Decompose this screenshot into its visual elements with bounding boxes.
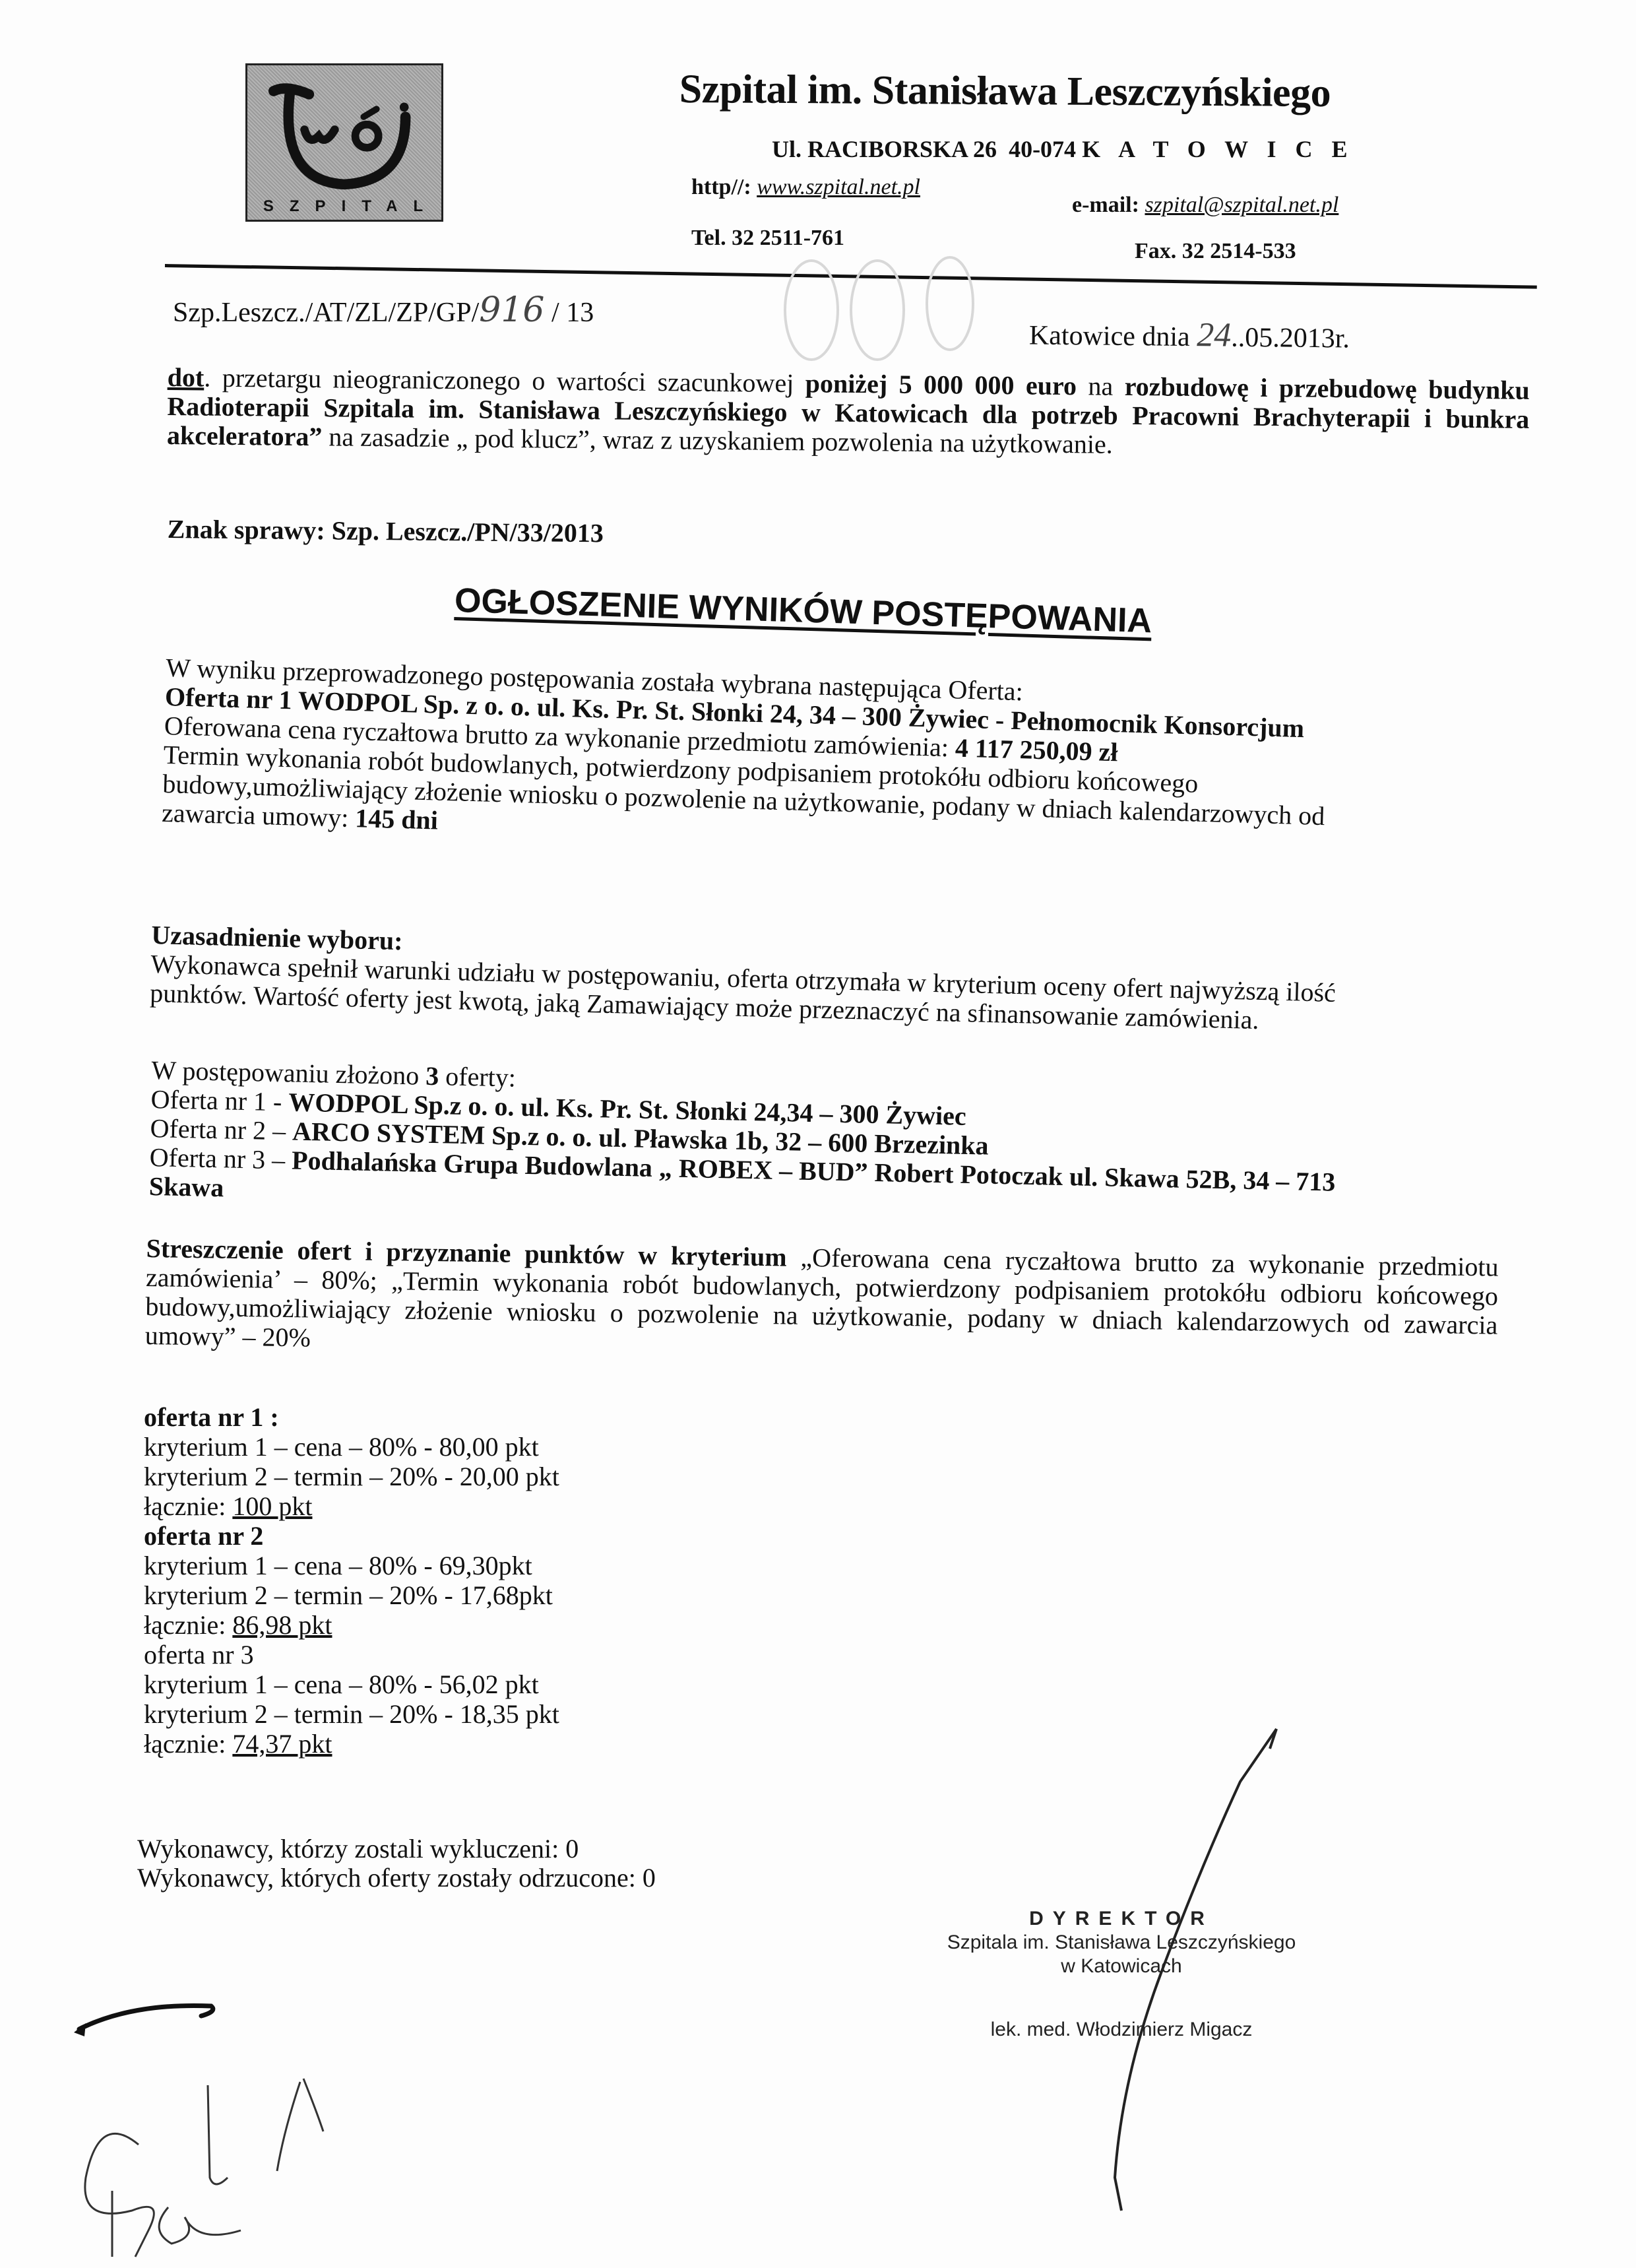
rejected-label: Wykonawcy, których oferty zostały odrzuc… xyxy=(137,1863,643,1893)
excluded-count: 0 xyxy=(565,1834,579,1863)
stamp-line-2: w Katowicach xyxy=(930,1955,1313,1978)
total-value: 86,98 pkt xyxy=(232,1610,332,1640)
score-criterion: kryterium 2 – termin – 20% - 17,68pkt xyxy=(144,1580,559,1610)
case-number: Znak sprawy: Szp. Leszcz./PN/33/2013 xyxy=(168,513,604,548)
hospital-name: Szpital im. Stanisława Leszczyńskiego xyxy=(679,66,1331,117)
reference-number: Szp.Leszcz./AT/ZL/ZP/GP/916 / 13 xyxy=(173,290,594,330)
term-value: 145 dni xyxy=(355,803,439,835)
reference-suffix: / 13 xyxy=(545,298,594,328)
director-stamp: DYREKTOR Szpitala im. Stanisława Leszczy… xyxy=(930,1907,1313,2042)
excluded-line: Wykonawcy, którzy zostali wykluczeni: 0 xyxy=(137,1834,656,1863)
subject-value-limit: poniżej 5 000 000 euro xyxy=(805,368,1077,401)
score-criterion: kryterium 1 – cena – 80% - 56,02 pkt xyxy=(144,1669,559,1699)
email-label: e-mail: xyxy=(1072,193,1145,217)
website-label: http//: xyxy=(691,175,757,199)
handwritten-day: 24 xyxy=(1197,316,1232,354)
total-label: łącznie: xyxy=(144,1491,232,1521)
offer-label: Oferta nr 2 – xyxy=(150,1113,292,1146)
smile-logo-icon xyxy=(247,65,441,220)
arrow-icon xyxy=(79,2005,213,2029)
postal-code: 40-074 xyxy=(1009,136,1076,162)
handwritten-number: 916 xyxy=(479,290,544,330)
hospital-logo: SZPITAL xyxy=(245,63,443,222)
header-divider xyxy=(165,264,1537,289)
summary-paragraph: Streszczenie ofert i przyznanie punktów … xyxy=(145,1234,1499,1369)
stamp-name: lek. med. Włodzimierz Migacz xyxy=(930,2018,1313,2042)
term-label: zawarcia umowy: xyxy=(162,798,356,833)
dot-abbrev: dot xyxy=(168,362,204,393)
exclusions-section: Wykonawcy, którzy zostali wykluczeni: 0 … xyxy=(137,1834,656,1893)
score-total: łącznie: 74,37 pkt xyxy=(144,1729,559,1759)
document-date: Katowice dnia 24..05.2013r. xyxy=(1029,313,1350,356)
score-criterion: kryterium 2 – termin – 20% - 18,35 pkt xyxy=(144,1699,559,1729)
score-criterion: kryterium 1 – cena – 80% - 69,30pkt xyxy=(144,1551,559,1580)
offers-count: 3 xyxy=(425,1061,439,1091)
total-label: łącznie: xyxy=(144,1729,232,1759)
total-label: łącznie: xyxy=(144,1610,232,1640)
logo-caption: SZPITAL xyxy=(247,197,441,216)
subject-paragraph: dot. przetargu nieograniczonego o wartoś… xyxy=(167,363,1530,463)
email-link[interactable]: szpital@szpital.net.pl xyxy=(1145,193,1338,217)
excluded-label: Wykonawcy, którzy zostali wykluczeni: xyxy=(137,1834,565,1863)
score-total: łącznie: 86,98 pkt xyxy=(144,1610,559,1640)
score-criterion: kryterium 1 – cena – 80% - 80,00 pkt xyxy=(144,1432,559,1462)
faint-pencil-marks xyxy=(785,257,973,360)
initials-icon xyxy=(85,2079,323,2257)
score-criterion: kryterium 2 – termin – 20% - 20,00 pkt xyxy=(144,1462,559,1491)
email-line: e-mail: szpital@szpital.net.pl xyxy=(1072,193,1338,218)
rejected-line: Wykonawcy, których oferty zostały odrzuc… xyxy=(137,1863,656,1893)
score-heading: oferta nr 3 xyxy=(144,1640,559,1669)
website-line: http//: www.szpital.net.pl xyxy=(691,175,920,200)
website-link[interactable]: www.szpital.net.pl xyxy=(757,175,920,199)
justification-section: Uzasadnienie wyboru: Wykonawca spełnił w… xyxy=(150,921,1337,1037)
rejected-count: 0 xyxy=(643,1863,656,1893)
page-title: OGŁOSZENIE WYNIKÓW POSTĘPOWANIA xyxy=(454,581,1152,641)
subject-text-2: na xyxy=(1077,371,1125,401)
offer-label: Oferta nr 1 - xyxy=(150,1084,289,1117)
total-value: 74,37 pkt xyxy=(232,1729,332,1759)
score-heading: oferta nr 1 : xyxy=(144,1402,559,1432)
stamp-line-1: Szpitala im. Stanisława Leszczyńskiego xyxy=(930,1931,1313,1955)
hospital-address: Ul. RACIBORSKA 26 40-074 K A T O W I C E xyxy=(772,135,1354,163)
date-prefix: Katowice dnia xyxy=(1029,320,1197,352)
score-total: łącznie: 100 pkt xyxy=(144,1491,559,1521)
date-suffix: ..05.2013r. xyxy=(1231,323,1350,354)
document-page: SZPITAL Szpital im. Stanisława Leszczyńs… xyxy=(0,0,1636,2268)
offers-submitted-section: W postępowaniu złożono 3 oferty: Oferta … xyxy=(148,1056,1337,1226)
scores-section: oferta nr 1 : kryterium 1 – cena – 80% -… xyxy=(144,1402,559,1759)
stamp-title: DYREKTOR xyxy=(930,1907,1313,1931)
fax: Fax. 32 2514-533 xyxy=(1135,239,1296,264)
offer-name-continued: Skawa xyxy=(148,1171,224,1202)
score-heading: oferta nr 2 xyxy=(144,1521,559,1551)
street: Ul. RACIBORSKA 26 xyxy=(772,136,997,162)
reference-prefix: Szp.Leszcz./AT/ZL/ZP/GP/ xyxy=(173,298,479,328)
telephone: Tel. 32 2511-761 xyxy=(691,226,844,251)
selected-offer-section: W wyniku przeprowadzonego postępowania z… xyxy=(162,653,1329,860)
city: K A T O W I C E xyxy=(1082,136,1354,162)
offer-label: Oferta nr 3 – xyxy=(149,1142,292,1175)
offers-intro-suffix: oferty: xyxy=(439,1061,517,1092)
summary-section: Streszczenie ofert i przyznanie punktów … xyxy=(145,1234,1499,1369)
total-value: 100 pkt xyxy=(232,1491,312,1521)
